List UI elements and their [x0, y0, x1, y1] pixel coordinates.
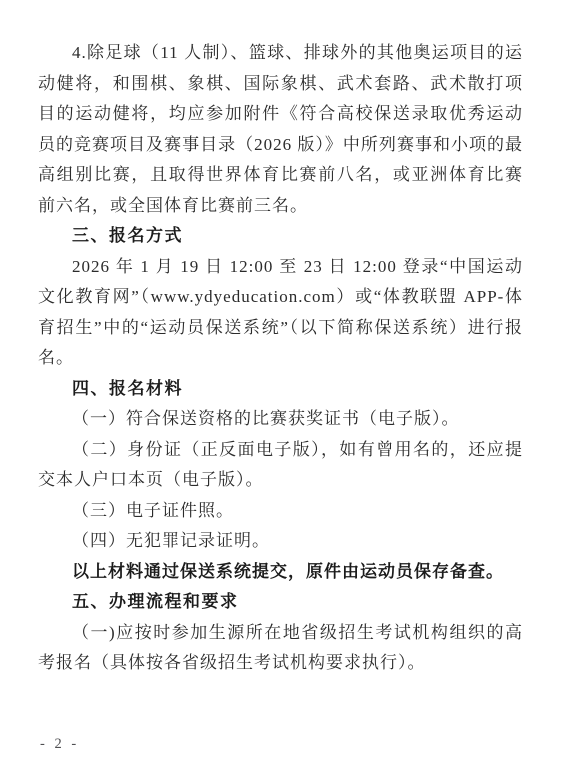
paragraph-registration-time-and-website: 2026 年 1 月 19 日 12:00 至 23 日 12:00 登录“中国… [38, 252, 523, 374]
paragraph-material-id-card: （二）身份证（正反面电子版），如有曾用名的，还应提交本人户口本页（电子版）。 [38, 435, 523, 496]
paragraph-gaokao-registration-requirement: （一)应按时参加生源所在地省级招生考试机构组织的高考报名（具体按各省级招生考试机… [38, 618, 523, 679]
paragraph-materials-submission-note: 以上材料通过保送系统提交，原件由运动员保存备查。 [38, 557, 523, 588]
document-page: 4.除足球（11 人制）、篮球、排球外的其他奥运项目的运动健将，和围棋、象棋、国… [0, 0, 561, 767]
section-heading-registration-materials: 四、报名材料 [38, 374, 523, 405]
paragraph-material-photo: （三）电子证件照。 [38, 496, 523, 527]
paragraph-material-award-certificate: （一）符合保送资格的比赛获奖证书（电子版）。 [38, 404, 523, 435]
section-heading-registration-method: 三、报名方式 [38, 221, 523, 252]
paragraph-material-no-criminal-record: （四）无犯罪记录证明。 [38, 526, 523, 557]
section-heading-process-and-requirements: 五、办理流程和要求 [38, 587, 523, 618]
paragraph-other-olympic-events-rule: 4.除足球（11 人制）、篮球、排球外的其他奥运项目的运动健将，和围棋、象棋、国… [38, 38, 523, 221]
page-number: - 2 - [40, 736, 79, 753]
